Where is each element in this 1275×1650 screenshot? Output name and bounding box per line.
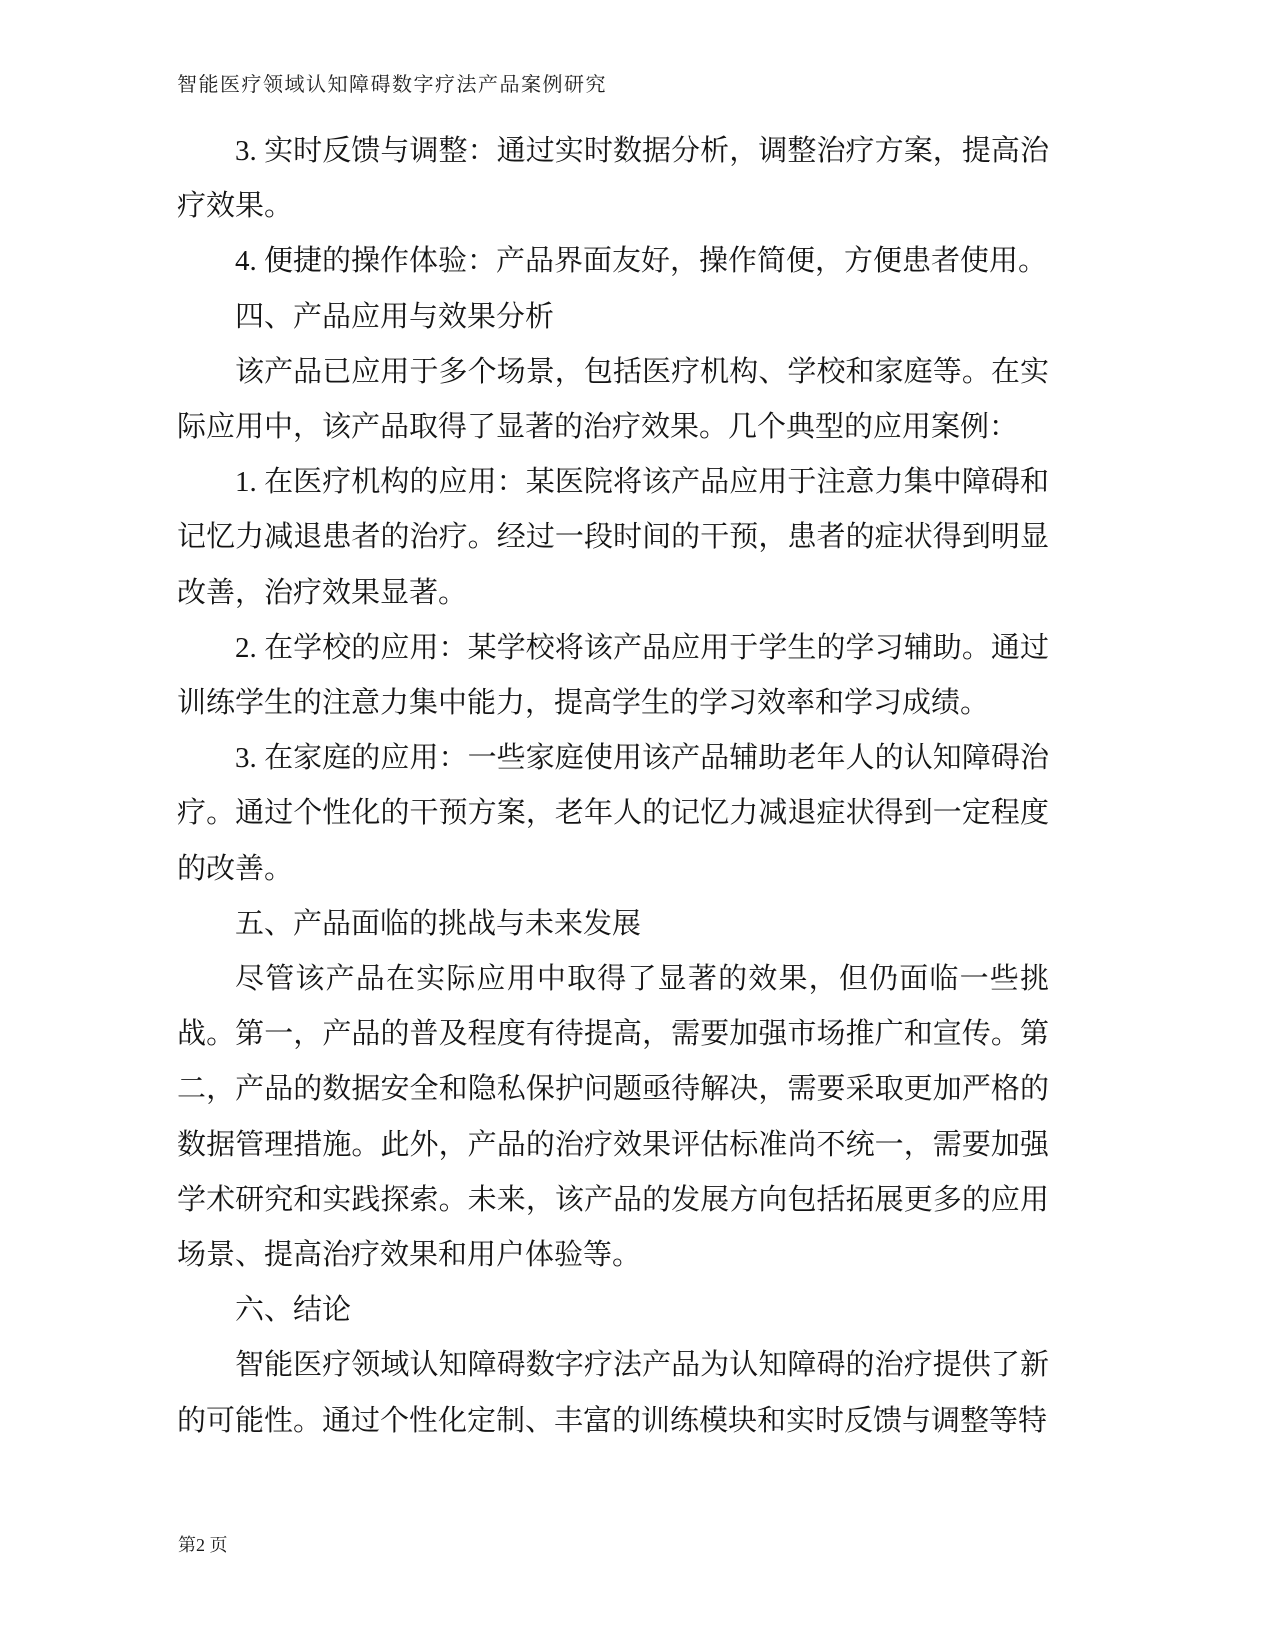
page-number-label: 第2 页	[178, 1531, 228, 1557]
document-body: 3. 实时反馈与调整：通过实时数据分析，调整治疗方案，提高治疗效果。 4. 便捷…	[177, 124, 1049, 1449]
body-paragraph: 3. 实时反馈与调整：通过实时数据分析，调整治疗方案，提高治疗效果。	[177, 124, 1049, 234]
section-heading: 四、产品应用与效果分析	[177, 290, 1049, 345]
document-page: 智能医疗领域认知障碍数字疗法产品案例研究 3. 实时反馈与调整：通过实时数据分析…	[0, 0, 1275, 1650]
section-heading: 六、结论	[177, 1283, 1049, 1338]
body-paragraph: 尽管该产品在实际应用中取得了显著的效果，但仍面临一些挑战。第一，产品的普及程度有…	[177, 952, 1049, 1283]
body-paragraph: 4. 便捷的操作体验：产品界面友好，操作简便，方便患者使用。	[177, 234, 1049, 289]
document-header-title: 智能医疗领域认知障碍数字疗法产品案例研究	[177, 68, 1097, 97]
section-heading: 五、产品面临的挑战与未来发展	[177, 897, 1049, 952]
body-paragraph: 3. 在家庭的应用：一些家庭使用该产品辅助老年人的认知障碍治疗。通过个性化的干预…	[177, 731, 1049, 897]
body-paragraph: 该产品已应用于多个场景，包括医疗机构、学校和家庭等。在实际应用中，该产品取得了显…	[177, 345, 1049, 455]
body-paragraph: 智能医疗领域认知障碍数字疗法产品为认知障碍的治疗提供了新的可能性。通过个性化定制…	[177, 1338, 1049, 1448]
body-paragraph: 2. 在学校的应用：某学校将该产品应用于学生的学习辅助。通过训练学生的注意力集中…	[177, 621, 1049, 731]
body-paragraph: 1. 在医疗机构的应用：某医院将该产品应用于注意力集中障碍和记忆力减退患者的治疗…	[177, 455, 1049, 621]
